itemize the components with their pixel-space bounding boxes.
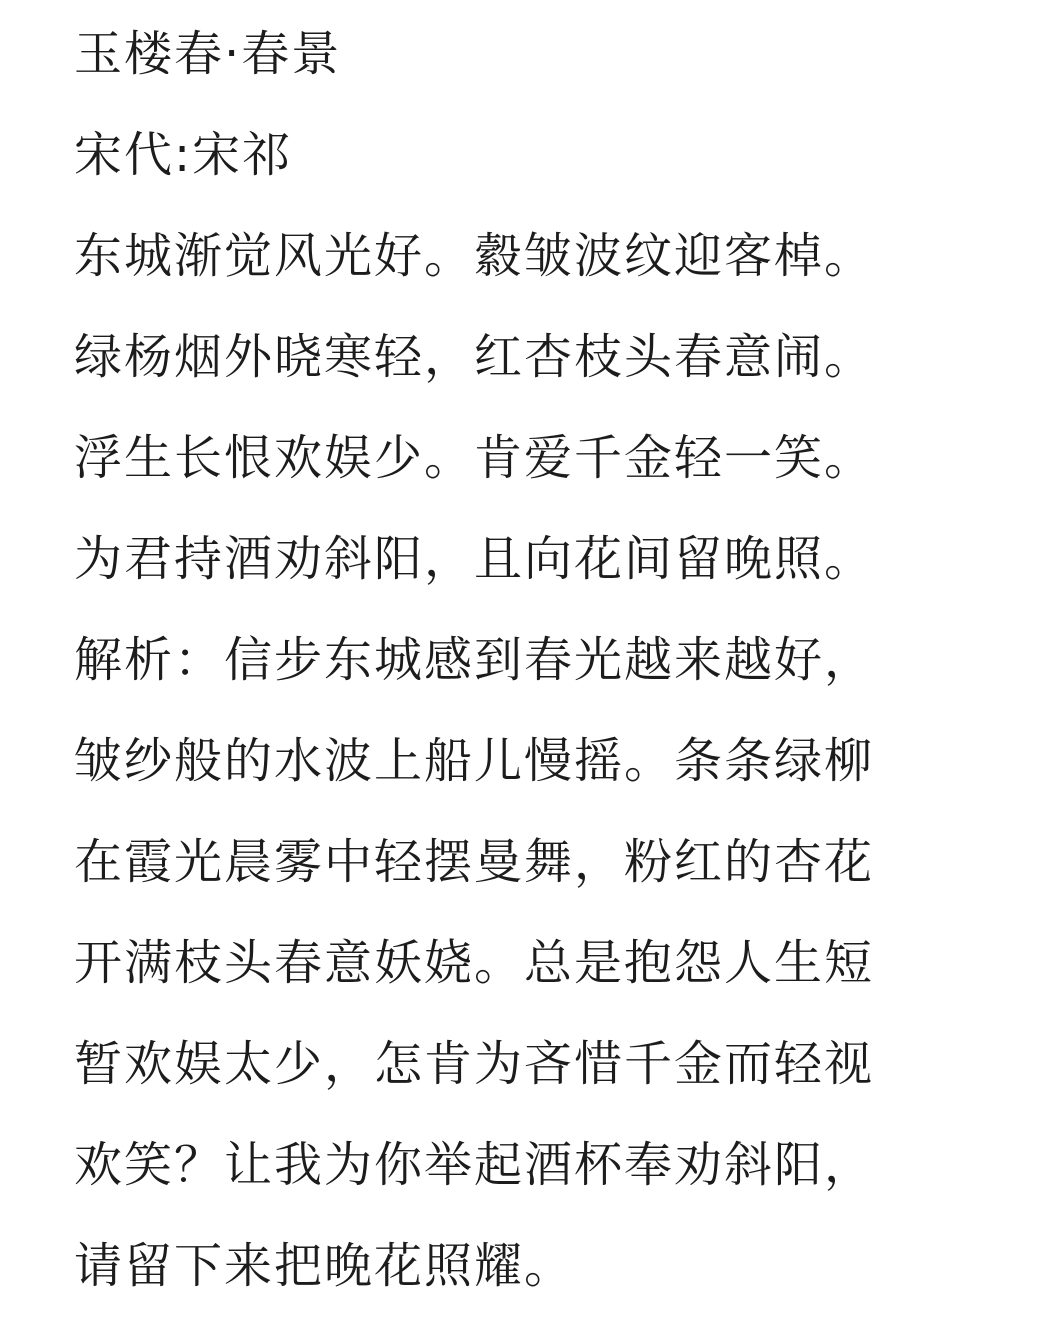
verse-line: 东城渐觉风光好。縠皱波纹迎客棹。: [74, 206, 1014, 307]
poem-document: 玉楼春·春景 宋代:宋祁 东城渐觉风光好。縠皱波纹迎客棹。 绿杨烟外晓寒轻，红杏…: [74, 4, 1014, 1317]
analysis-line: 请留下来把晚花照耀。: [74, 1216, 1014, 1317]
poem-verses: 东城渐觉风光好。縠皱波纹迎客棹。 绿杨烟外晓寒轻，红杏枝头春意闹。 浮生长恨欢娱…: [74, 206, 1014, 610]
analysis-line: 解析：信步东城感到春光越来越好，: [74, 610, 1014, 711]
poem-title: 玉楼春·春景: [74, 4, 1014, 105]
analysis-line: 欢笑？让我为你举起酒杯奉劝斜阳，: [74, 1115, 1014, 1216]
analysis-line: 皱纱般的水波上船儿慢摇。条条绿柳: [74, 711, 1014, 812]
verse-line: 浮生长恨欢娱少。肯爱千金轻一笑。: [74, 408, 1014, 509]
analysis-line: 开满枝头春意妖娆。总是抱怨人生短: [74, 913, 1014, 1014]
verse-line: 绿杨烟外晓寒轻，红杏枝头春意闹。: [74, 307, 1014, 408]
poem-author: 宋代:宋祁: [74, 105, 1014, 206]
poem-analysis: 解析：信步东城感到春光越来越好， 皱纱般的水波上船儿慢摇。条条绿柳 在霞光晨雾中…: [74, 610, 1014, 1317]
analysis-line: 在霞光晨雾中轻摆曼舞，粉红的杏花: [74, 812, 1014, 913]
analysis-line: 暂欢娱太少，怎肯为吝惜千金而轻视: [74, 1014, 1014, 1115]
verse-line: 为君持酒劝斜阳，且向花间留晚照。: [74, 509, 1014, 610]
